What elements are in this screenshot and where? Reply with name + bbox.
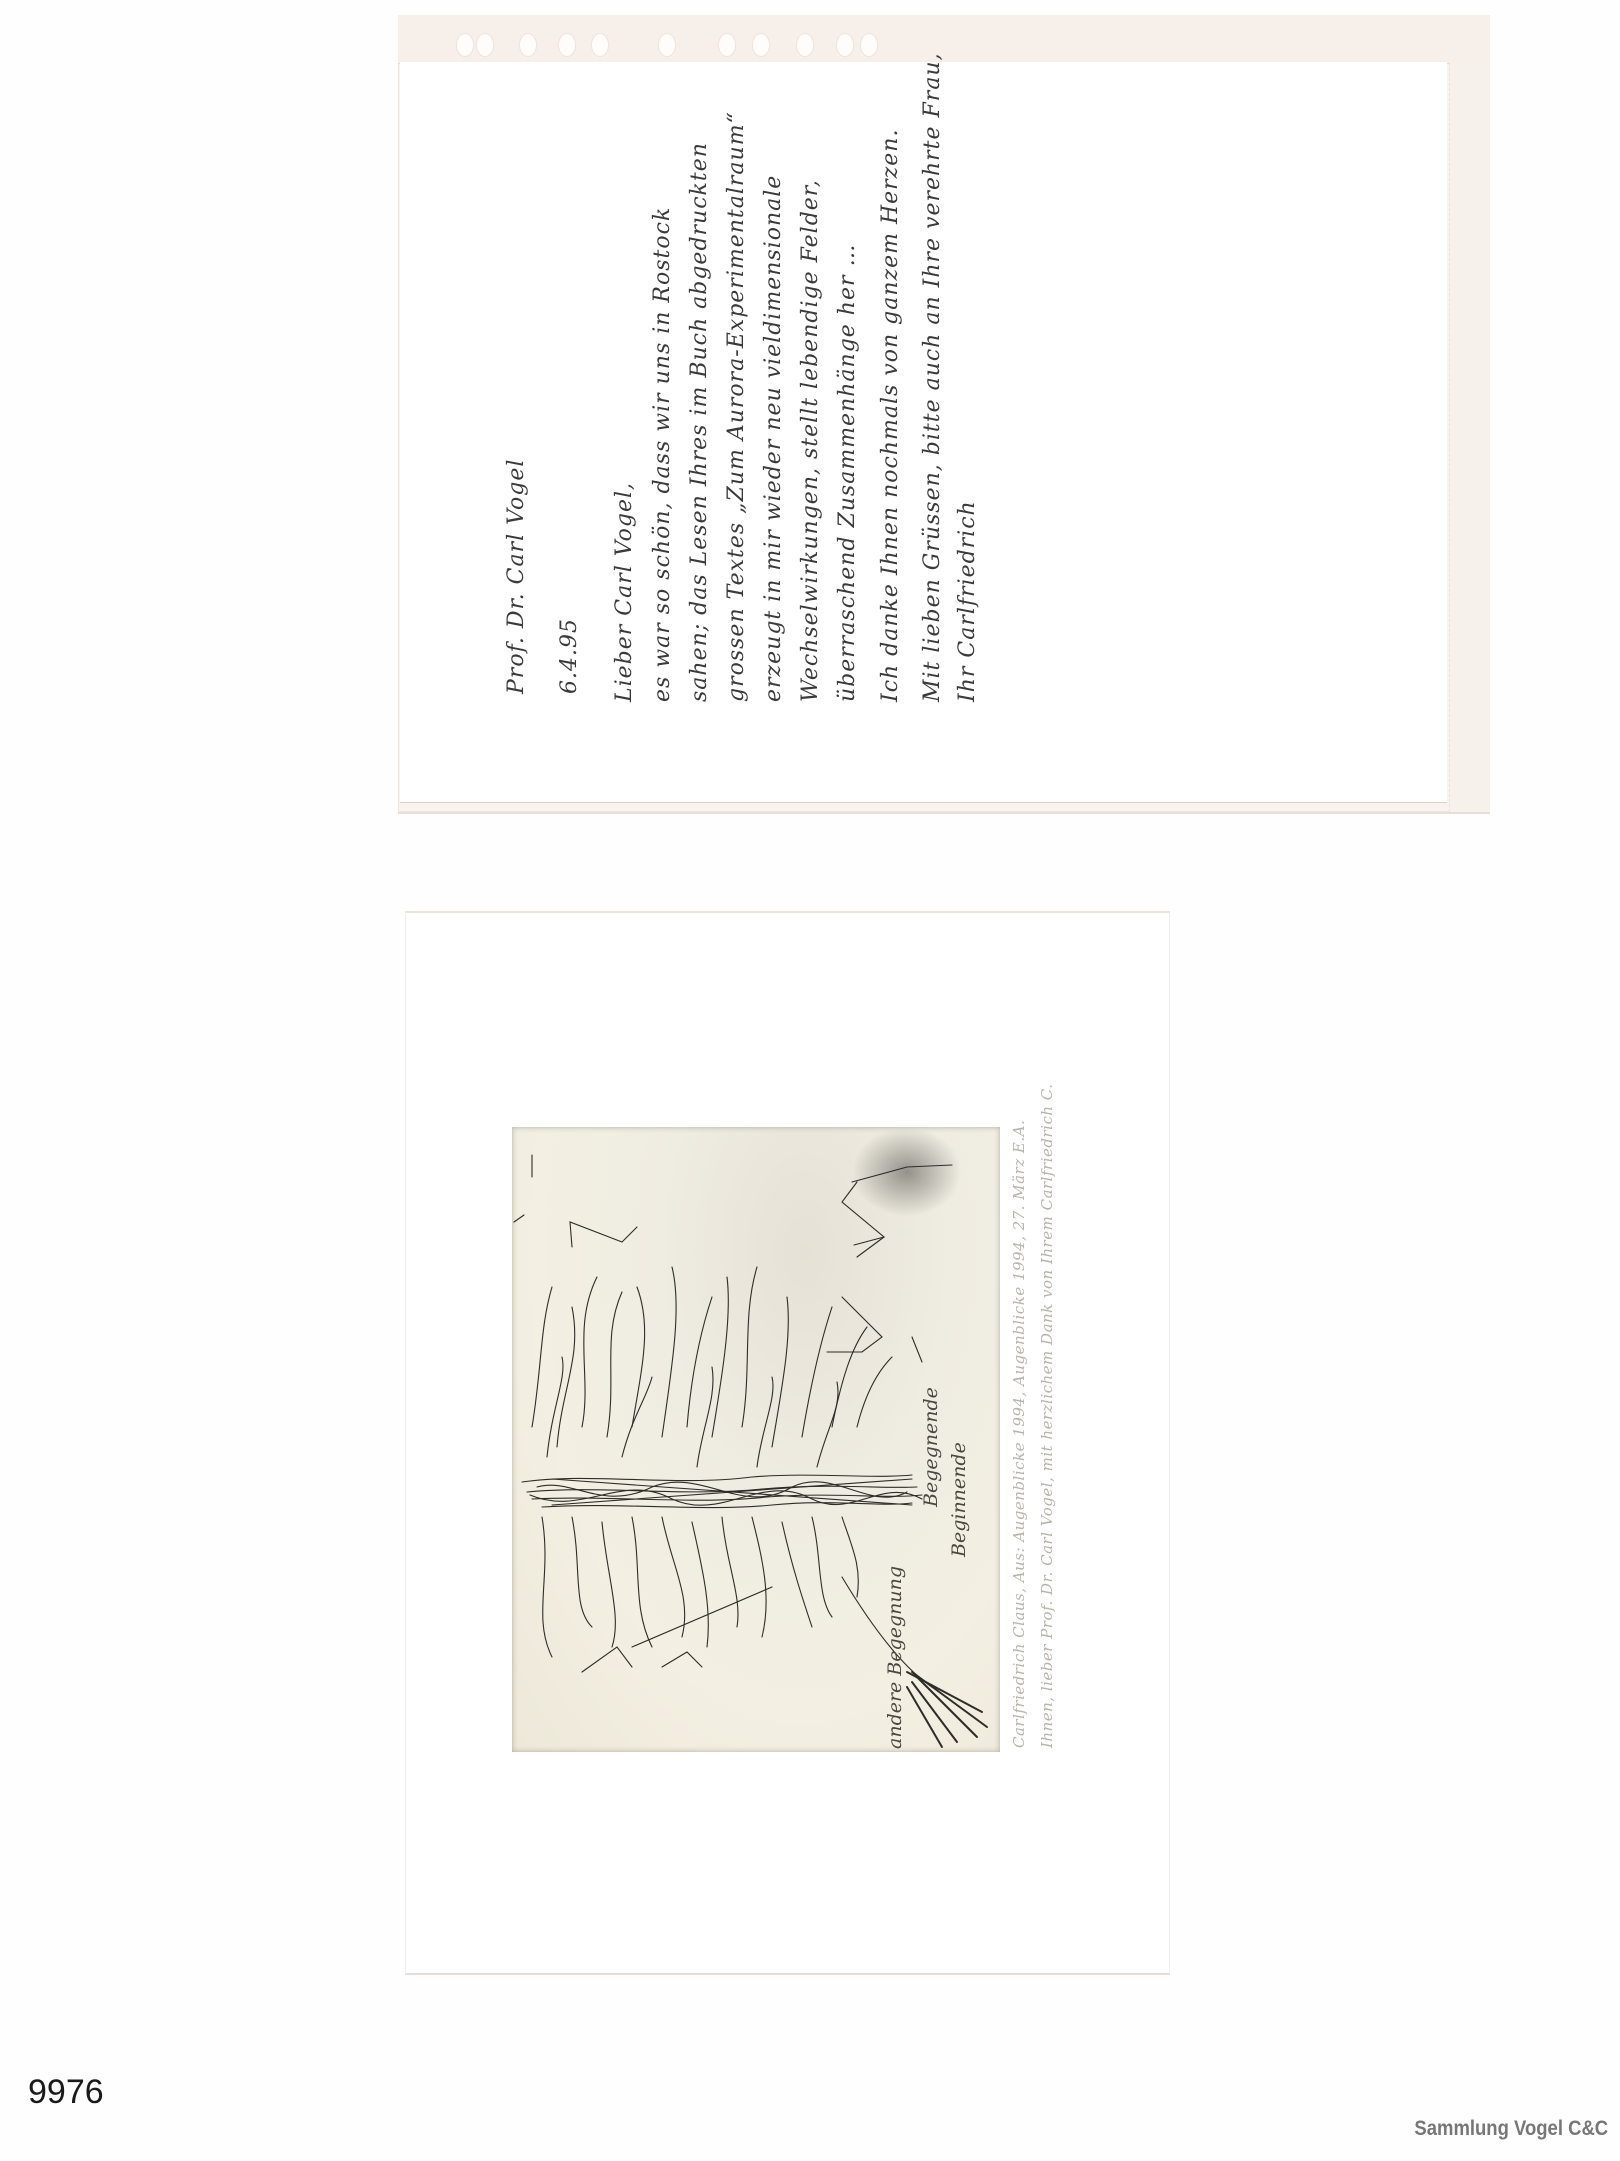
pencil-dedication: Carlfriedrich Claus, Aus: Augenblicke 19… bbox=[1010, 1120, 1028, 1748]
letter-signature: Ihr Carlfriedrich bbox=[955, 500, 980, 702]
punch-hole-icon bbox=[796, 33, 814, 57]
letter-body-line: erzeugt in mir wieder neu vieldimensiona… bbox=[761, 175, 786, 702]
punch-hole-icon bbox=[456, 33, 474, 57]
protector-edge bbox=[1449, 63, 1490, 812]
letter-date: 6.4.95 bbox=[557, 618, 582, 694]
punch-hole-icon bbox=[476, 33, 494, 57]
letter-body-line: Wechselwirkungen, stellt lebendige Felde… bbox=[798, 179, 823, 702]
letter-body-line: sahen; das Lesen Ihres im Buch abgedruck… bbox=[687, 142, 712, 702]
punch-hole-icon bbox=[519, 33, 537, 57]
plate-inscription-lower: andere Begegnung bbox=[884, 1566, 906, 1749]
punch-hole-icon bbox=[558, 33, 576, 57]
punch-hole-icon bbox=[658, 33, 676, 57]
letter-addressee: Prof. Dr. Carl Vogel bbox=[504, 459, 529, 694]
letter-body-line: überraschend Zusammenhänge her … bbox=[835, 244, 860, 703]
punch-hole-icon bbox=[752, 33, 770, 57]
letter-closing: Mit lieben Grüssen, bitte auch an Ihre v… bbox=[920, 52, 945, 702]
catalog-number: 9976 bbox=[28, 2073, 104, 2112]
plate-inscription: Beginnende bbox=[948, 1442, 970, 1557]
punch-hole-icon bbox=[836, 33, 854, 57]
etching-plate: Begegnende Beginnende andere Begegnung bbox=[512, 1127, 1000, 1752]
punch-hole-icon bbox=[591, 33, 609, 57]
handwritten-letter: Prof. Dr. Carl Vogel 6.4.95 Lieber Carl … bbox=[400, 62, 1447, 803]
pencil-dedication: Ihnen, lieber Prof. Dr. Carl Vogel, mit … bbox=[1038, 1084, 1056, 1749]
letter-salutation: Lieber Carl Vogel, bbox=[612, 482, 637, 702]
punch-hole-icon bbox=[860, 33, 878, 57]
letter-body-line: Ich danke Ihnen nochmals von ganzem Herz… bbox=[878, 129, 903, 702]
collection-label: Sammlung Vogel C&C bbox=[1414, 2117, 1608, 2141]
plate-inscription: Begegnende bbox=[920, 1387, 942, 1507]
letter-body-line: es war so schön, dass wir uns in Rostock bbox=[650, 207, 675, 702]
letter-body-line: grossen Textes „Zum Aurora-Experimentalr… bbox=[724, 111, 749, 702]
punch-hole-icon bbox=[718, 33, 736, 57]
